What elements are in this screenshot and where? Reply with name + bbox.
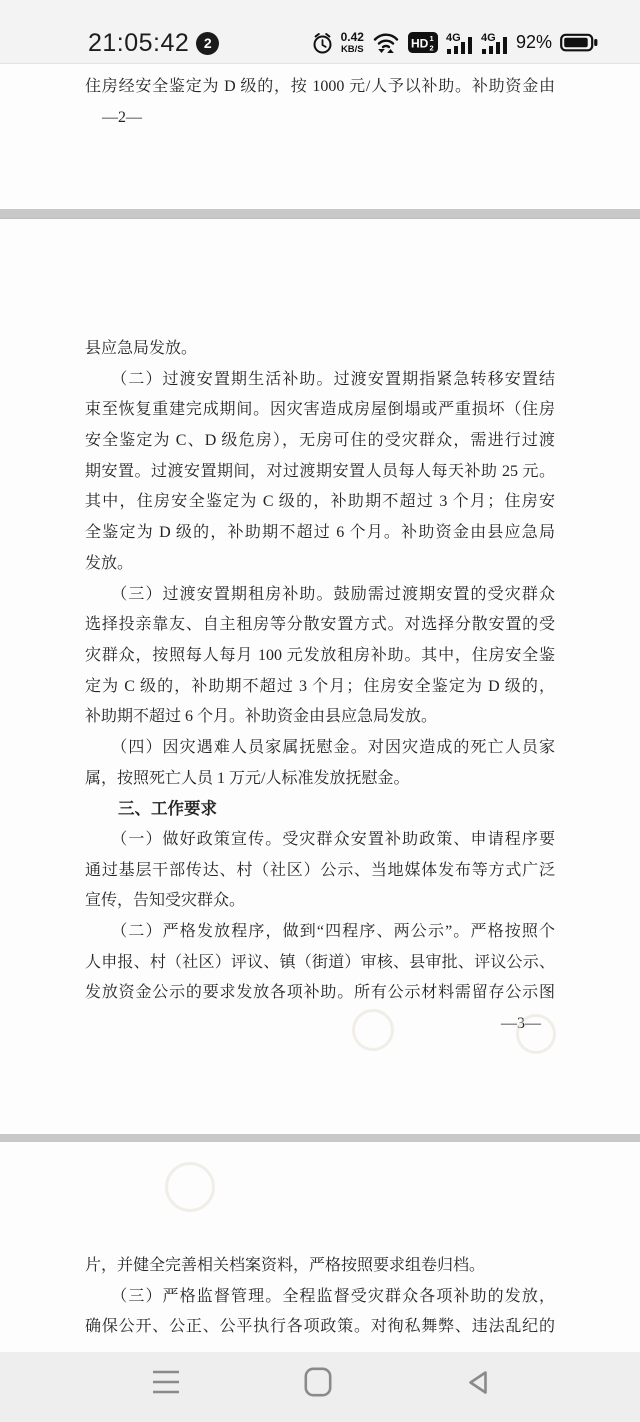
volte-hd-icon: HD 1 2 [408,32,438,53]
doc-line: 片，并健全完善相关档案资料，严格按照要求组卷归档。 [85,1251,555,1282]
back-icon [465,1369,491,1396]
page-separator [0,209,640,219]
page-number-2: —2— [85,103,555,134]
doc-line: （一）做好政策宣传。受灾群众安置补助政策、申请程序要 [85,825,555,856]
document-viewport[interactable]: 住房经安全鉴定为 D 级的，按 1000 元/人予以补助。补助资金由—2— 县应… [0,64,640,1352]
doc-line: 发放资金公示的要求发放各项补助。所有公示材料需留存公示图 [85,978,555,1009]
page-4-top: 片，并健全完善相关档案资料，严格按照要求组卷归档。 （三）严格监督管理。全程监督… [0,1142,640,1352]
battery-percent: 92% [516,32,552,53]
doc-line: 通过基层干部传达、村（社区）公示、当地媒体发布等方式广泛 [85,856,555,887]
section-heading: 三、工作要求 [85,794,555,825]
doc-line: 束至恢复重建完成期间。因灾害造成房屋倒塌或严重损坏（住房 [85,395,555,426]
doc-line: （二）严格发放程序，做到“四程序、两公示”。严格按照个 [85,917,555,948]
doc-line: 县应急局发放。 [85,334,555,365]
doc-line: 确保公开、公正、公平执行各项政策。对徇私舞弊、违法乱纪的 [85,1312,555,1343]
doc-line: （三）严格监督管理。全程监督受灾群众各项补助的发放， [85,1282,555,1313]
doc-line: 住房经安全鉴定为 D 级的，按 1000 元/人予以补助。补助资金由 [85,72,555,103]
page-separator [0,1134,640,1142]
svg-text:4G: 4G [446,32,461,44]
sim1-signal-icon: 4G [446,31,473,54]
sim2-signal-icon: 4G [481,31,508,54]
notification-badge: 2 [196,32,219,55]
network-speed-indicator: 0.42 KB/S [341,31,364,54]
doc-line: 定为 C 级的，补助期不超过 3 个月；住房安全鉴定为 D 级的， [85,672,555,703]
svg-text:4G: 4G [481,32,496,44]
wifi-icon [372,31,400,54]
doc-line: 灾群众，按照每人每月 100 元发放租房补助。其中，住房安全鉴 [85,641,555,672]
battery-icon [560,32,598,53]
doc-line: 选择投亲靠友、自主租房等分散安置方式。对选择分散安置的受 [85,610,555,641]
menu-button[interactable] [151,1369,181,1398]
svg-text:2: 2 [429,44,433,53]
doc-line: 补助期不超过 6 个月。补助资金由县应急局发放。 [85,702,555,733]
doc-line: 其中，住房安全鉴定为 C 级的，补助期不超过 3 个月；住房安 [85,487,555,518]
page-2-bottom: 住房经安全鉴定为 D 级的，按 1000 元/人予以补助。补助资金由—2— [0,64,640,209]
network-speed-value: 0.42 [341,31,364,43]
home-icon [304,1367,332,1397]
svg-text:1: 1 [429,34,433,43]
doc-line: （四）因灾遇难人员家属抚慰金。对因灾造成的死亡人员家 [85,733,555,764]
clock-time: 21:05:42 [88,30,189,56]
doc-line: 宣传，告知受灾群众。 [85,886,555,917]
nav-bar [0,1352,640,1422]
doc-line: 安全鉴定为 C、D 级危房），无房可住的受灾群众，需进行过渡 [85,426,555,457]
doc-line: （二）过渡安置期生活补助。过渡安置期指紧急转移安置结 [85,365,555,396]
doc-line: 人申报、村（社区）评议、镇（街道）审核、县审批、评议公示、 [85,948,555,979]
network-speed-unit: KB/S [341,45,364,55]
doc-line: 期安置。过渡安置期间，对过渡期安置人员每人每天补助 25 元。 [85,457,555,488]
page-number-3: —3— [85,1009,555,1040]
alarm-clock-icon [312,31,333,55]
doc-line: （三）过渡安置期租房补助。鼓励需过渡期安置的受灾群众 [85,580,555,611]
svg-text:HD: HD [411,37,429,51]
home-button[interactable] [304,1367,332,1400]
doc-line: 发放。 [85,549,555,580]
doc-line: 全鉴定为 D 级的，补助期不超过 6 个月。补助资金由县应急局 [85,518,555,549]
status-bar: 21:05:42 2 0.42 KB/S HD 1 2 [0,0,640,64]
page-3: 县应急局发放。 （二）过渡安置期生活补助。过渡安置期指紧急转移安置结束至恢复重建… [0,219,640,1134]
menu-icon [151,1369,181,1395]
back-button[interactable] [465,1369,491,1399]
doc-line: 属，按照死亡人员 1 万元/人标准发放抚慰金。 [85,764,555,795]
